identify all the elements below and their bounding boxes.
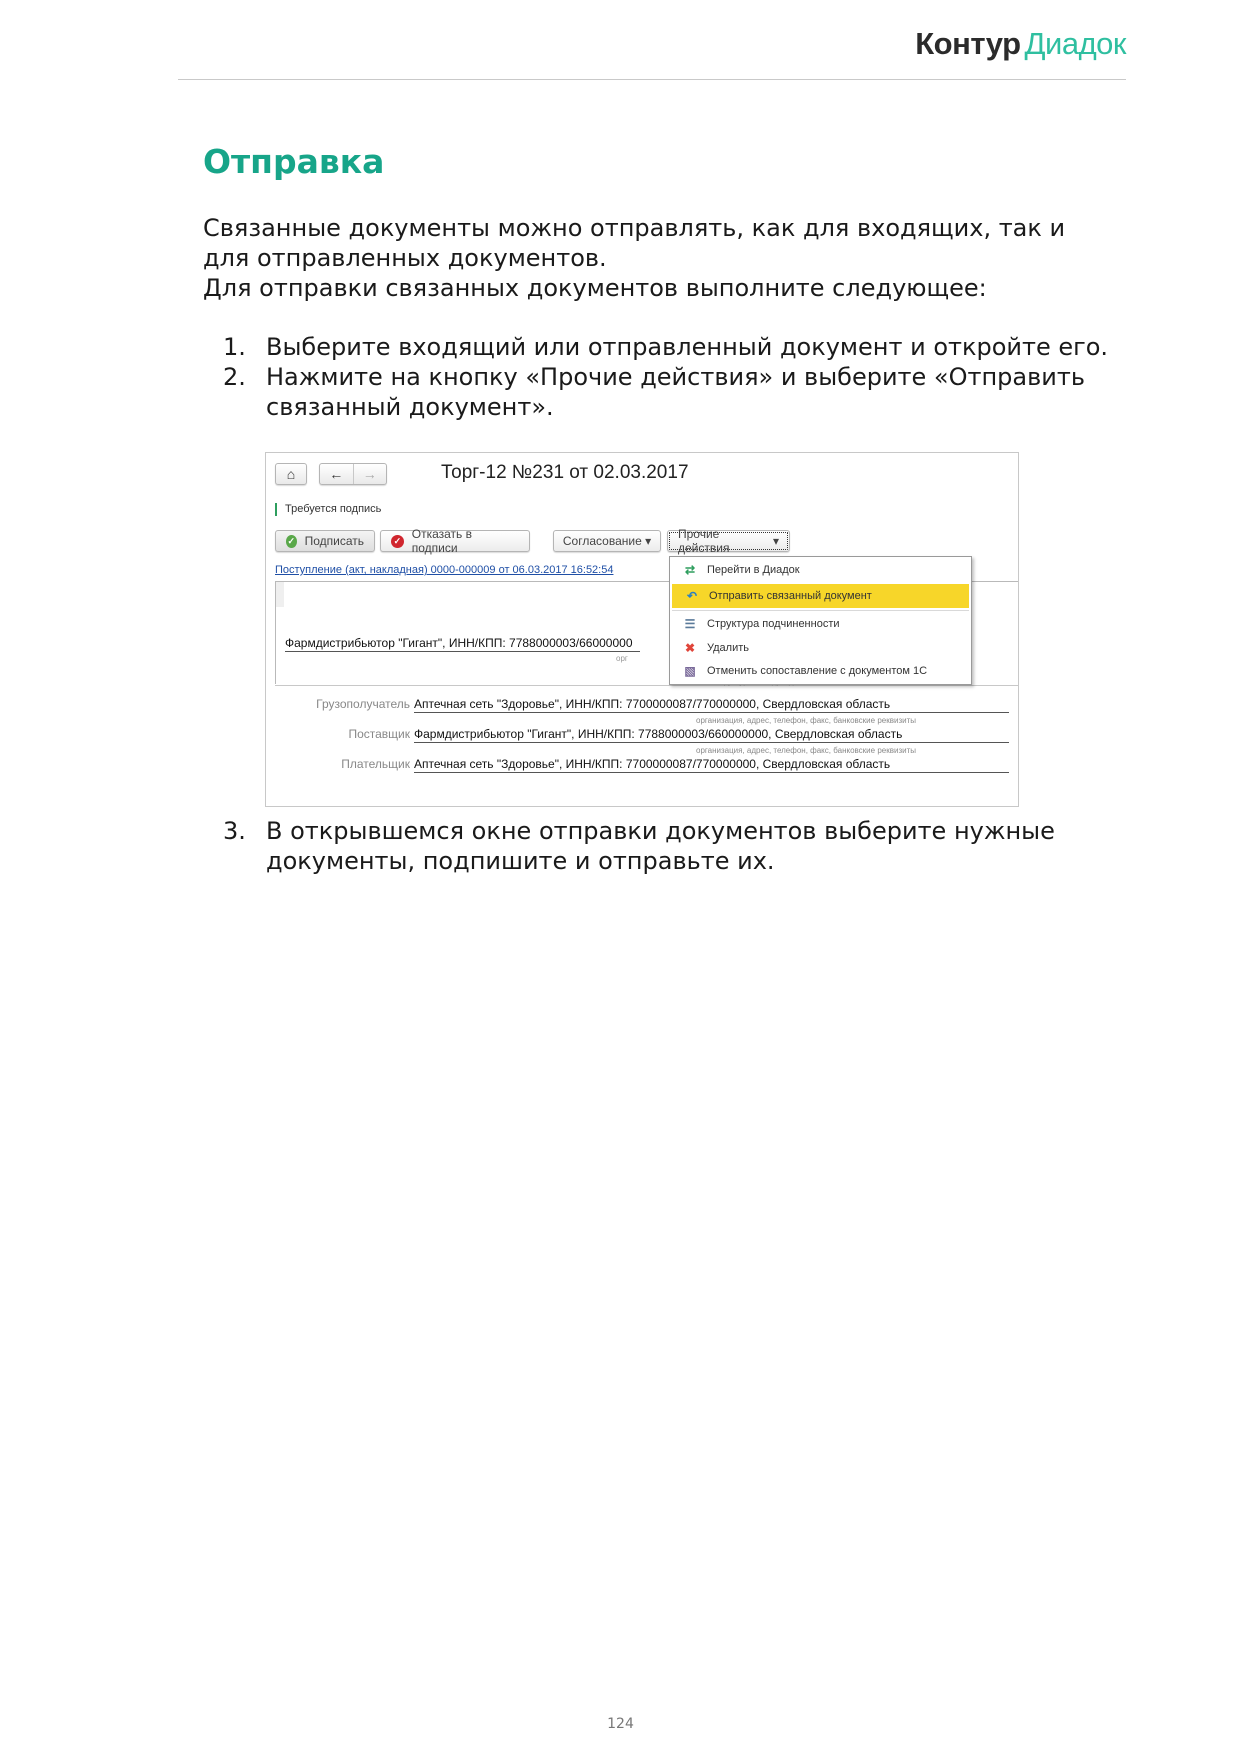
menu-item-hierarchy[interactable]: ☰ Структура подчиненности [670,612,971,636]
chevron-down-icon: ▾ [645,534,651,548]
step-3: 3.В открывшемся окне отправки документов… [203,816,1166,876]
steps-list: 1.Выберите входящий или отправленный док… [203,332,1123,422]
history-nav: ← → [319,463,387,485]
refuse-sign-button[interactable]: ✓Отказать в подписи [380,530,530,552]
hierarchy-icon: ☰ [683,617,697,631]
kontur-diadoc-logo: КонтурДиадок [915,26,1126,62]
consignee-field[interactable]: Аптечная сеть "Здоровье", ИНН/КПП: 77000… [414,697,1009,713]
supplier-label: Поставщик [348,727,410,741]
menu-item-go-to-diadoc[interactable]: ⇄ Перейти в Диадок [670,558,971,582]
section-title: Отправка [203,142,384,181]
menu-item-send-related-document[interactable]: ↶ Отправить связанный документ [672,584,969,608]
approval-dropdown-button[interactable]: Согласование ▾ [553,530,661,552]
intro-paragraph-1: Связанные документы можно отправлять, ка… [203,213,1103,273]
embedded-1c-screenshot: ⌂ ← → Торг-12 №231 от 02.03.2017 Требует… [265,452,1019,807]
check-circle-icon: ✓ [286,535,297,548]
supplier-field[interactable]: Фармдистрибьютор "Гигант", ИНН/КПП: 7788… [414,727,1009,743]
home-icon: ⌂ [287,466,295,482]
status-badge: Требуется подпись [275,503,381,516]
payer-label: Плательщик [341,757,410,771]
consignee-label: Грузополучатель [316,697,410,711]
chevron-down-icon: ▾ [773,534,779,548]
document-title: Торг-12 №231 от 02.03.2017 [441,462,689,484]
intro-paragraph-2: Для отправки связанных документов выполн… [203,273,1103,303]
logo-kontur: Контур [915,26,1020,61]
other-actions-button[interactable]: Прочие действия ▾ [667,530,790,552]
payer-field[interactable]: Аптечная сеть "Здоровье", ИНН/КПП: 77000… [414,757,1009,773]
menu-item-delete[interactable]: ✖ Удалить [670,636,971,660]
header-divider [178,79,1126,80]
other-actions-menu: ⇄ Перейти в Диадок ↶ Отправить связанный… [669,556,972,685]
sign-button[interactable]: ✓Подписать [275,530,375,552]
arrow-left-icon[interactable]: ← [320,466,353,482]
home-button[interactable]: ⌂ [275,463,307,485]
diadoc-icon: ⇄ [683,563,697,577]
organization-field[interactable]: Фармдистрибьютор "Гигант", ИНН/КПП: 7788… [285,636,640,652]
reply-arrow-icon: ↶ [685,589,699,603]
refuse-circle-icon: ✓ [391,535,404,548]
page-number: 124 [0,1716,1241,1732]
intro-text: Связанные документы можно отправлять, ка… [203,213,1103,303]
menu-item-cancel-matching[interactable]: ▧ Отменить сопоставление с документом 1С [670,659,971,683]
unlink-document-icon: ▧ [683,664,697,678]
receipt-link[interactable]: Поступление (акт, накладная) 0000-000009… [275,564,613,576]
delete-x-icon: ✖ [683,641,697,655]
step-2: 2.Нажмите на кнопку «Прочие действия» и … [203,362,1123,422]
logo-diadoc: Диадок [1025,26,1126,61]
arrow-right-icon[interactable]: → [354,466,387,482]
step-1: 1.Выберите входящий или отправленный док… [203,332,1123,362]
